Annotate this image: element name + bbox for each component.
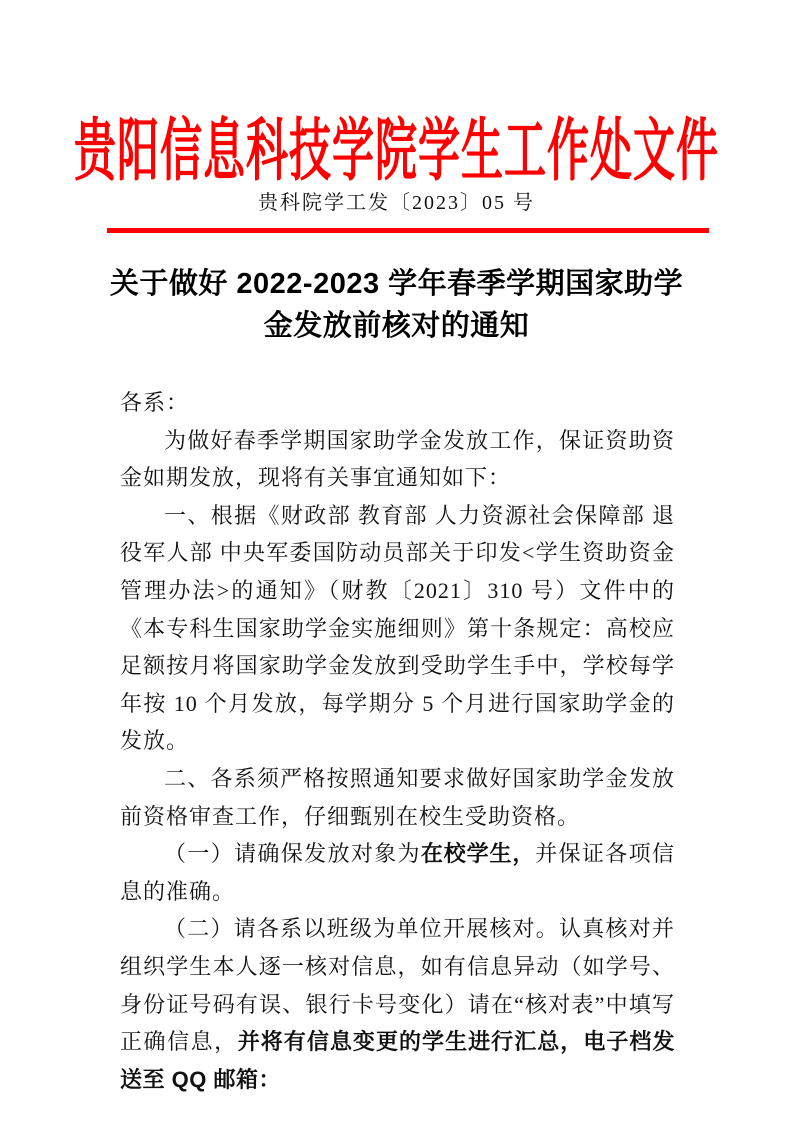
document-title: 关于做好 2022-2023 学年春季学期国家助学 金发放前核对的通知 (70, 263, 723, 347)
document-number: 贵科院学工发〔2023〕05 号 (0, 186, 793, 215)
paragraph-sub1: （一）请确保发放对象为在校学生，并保证各项信息的准确。 (120, 835, 675, 910)
document-body: 各系： 为做好春季学期国家助学金发放工作，保证资助资金如期发放，现将有关事宜通知… (120, 384, 675, 1098)
paragraph-sub2: （二）请各系以班级为单位开展核对。认真核对并组织学生本人逐一核对信息，如有信息异… (120, 910, 675, 1098)
paragraph-item2: 二、各系须严格按照通知要求做好国家助学金发放前资格审查工作，仔细甄别在校生受助资… (120, 760, 675, 835)
paragraph-intro: 为做好春季学期国家助学金发放工作，保证资助资金如期发放，现将有关事宜通知如下： (120, 422, 675, 497)
document-page: 贵阳信息科技学院学生工作处文件 贵科院学工发〔2023〕05 号 关于做好 20… (0, 0, 793, 1122)
letterhead-org-title: 贵阳信息科技学院学生工作处文件 (0, 98, 793, 195)
paragraph-sub1-bold-emphasis: 在校学生， (421, 841, 535, 866)
document-title-line2: 金发放前核对的通知 (70, 305, 723, 347)
red-divider-rule (107, 228, 709, 233)
document-title-line1: 关于做好 2022-2023 学年春季学期国家助学 (70, 263, 723, 305)
salutation: 各系： (120, 384, 675, 422)
paragraph-item1: 一、根据《财政部 教育部 人力资源社会保障部 退役军人部 中央军委国防动员部关于… (120, 497, 675, 760)
paragraph-sub1-text: （一）请确保发放对象为 (164, 841, 421, 866)
